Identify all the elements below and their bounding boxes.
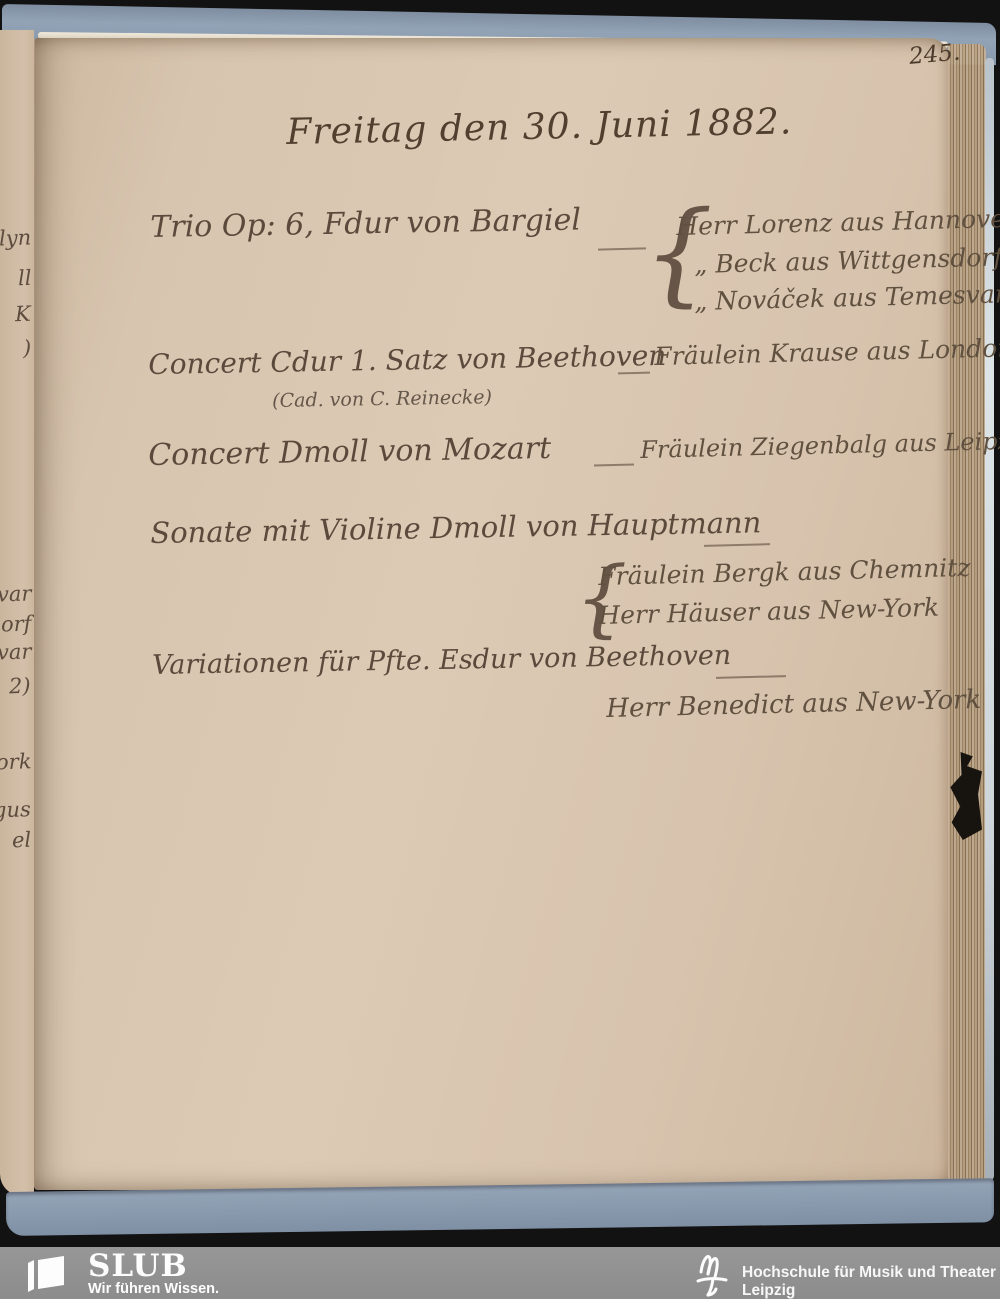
facing-page-sliver: lyn ll K ) var orf var 2) York rgus el	[0, 30, 34, 1196]
margin-fragment: orf	[0, 611, 31, 636]
page-number: 245.	[908, 40, 961, 70]
margin-fragment: )	[22, 336, 31, 360]
footer-bar: SLUB Wir führen Wissen. Hochschule für M…	[0, 1247, 1000, 1299]
slub-tagline: Wir führen Wissen.	[88, 1281, 219, 1297]
slub-book-icon	[26, 1254, 68, 1294]
margin-fragment: rgus	[0, 797, 31, 823]
scanned-book-photo: lyn ll K ) var orf var 2) York rgus el 2…	[0, 0, 1000, 1247]
margin-fragment: lyn	[0, 225, 31, 250]
margin-fragment: 2)	[9, 674, 31, 699]
margin-fragment: ll	[17, 266, 31, 290]
margin-fragment: var	[0, 581, 31, 606]
entry-work: Concert Dmoll von Mozart	[148, 431, 551, 473]
margin-fragment: K	[15, 302, 32, 327]
hmt-name: Hochschule für Musik und Theater Leipzig	[742, 1264, 1000, 1299]
slub-wordmark: SLUB	[88, 1248, 188, 1284]
margin-fragment: York	[0, 749, 31, 775]
entry-note: (Cad. von C. Reinecke)	[272, 386, 492, 412]
hmt-logo-icon	[694, 1250, 732, 1297]
margin-fragment: var	[0, 639, 31, 664]
margin-fragment: el	[11, 828, 31, 853]
